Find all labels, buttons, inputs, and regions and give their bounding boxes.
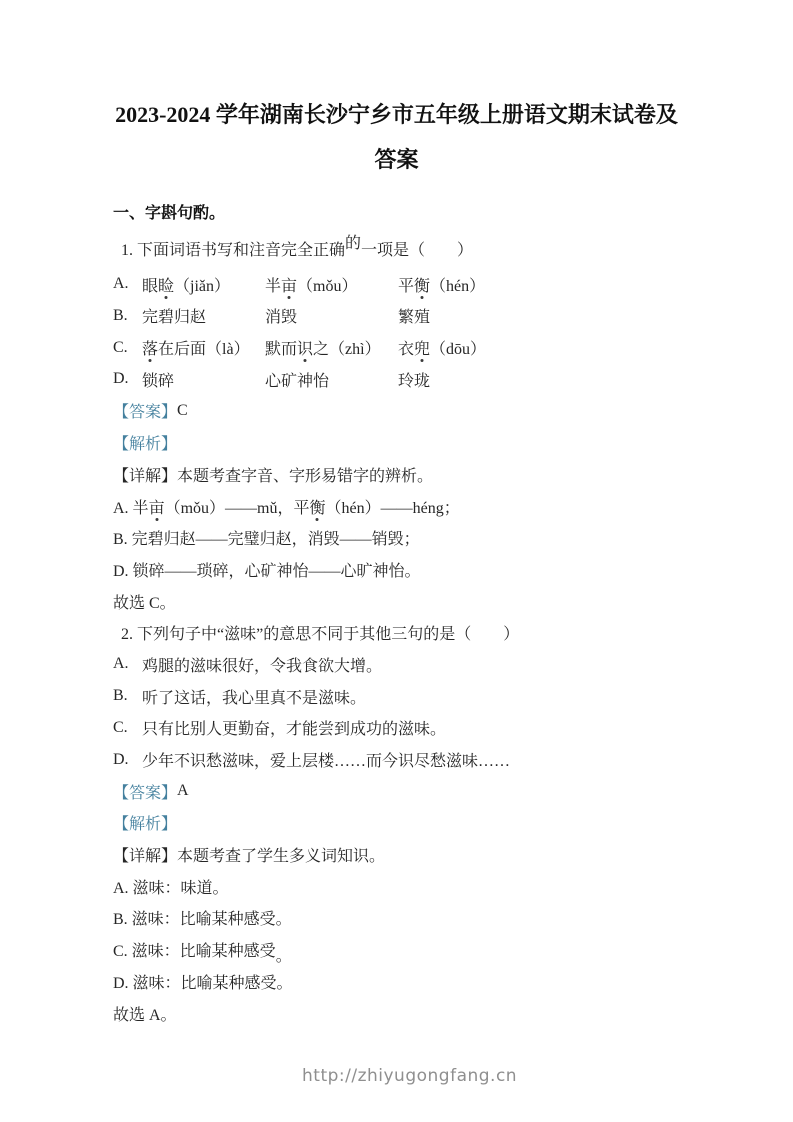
option-text: 少年不识愁滋味，爱上层楼……而今识尽愁滋味…… [142,748,510,771]
answer-value: A [177,782,189,800]
explanation-2-line-b: B. 滋味：比喻某种感受。 [113,902,680,934]
answer-1-line: 【答案】 C [113,395,680,427]
option-text: 衣兜（dōu） [398,336,486,359]
option-label: A. [113,275,142,293]
explanation-2-intro: 【详解】本题考查了学生多义词知识。 [113,839,680,871]
option-text: 眼睑（jiǎn） [142,273,265,296]
page-title-line-1: 2023-2024 学年湖南长沙宁乡市五年级上册语文期末试卷及 [100,92,693,137]
explanation-1-intro: 【详解】本题考查字音、字形易错字的辨析。 [113,459,680,491]
option-text: 落在后面（là） [142,336,265,359]
option-text: 锁碎 [142,368,265,391]
question-1-stem: 1. 下面词语书写和注音完全正确的一项是（ ） [113,233,680,265]
option-text: 听了这话，我心里真不是滋味。 [142,685,366,708]
q1-option-b: B. 完碧归赵 消毁 繁殖 [113,300,680,332]
option-text: 心矿神怡 [265,368,398,391]
explanation-2-line-d: D. 滋味：比喻某种感受。 [113,966,680,998]
q2-option-b: B. 听了这话，我心里真不是滋味。 [113,680,680,712]
analysis-1-line: 【解析】 [113,427,680,459]
option-text: 只有比别人更勤奋，才能尝到成功的滋味。 [142,716,446,739]
page-title: 2023-2024 学年湖南长沙宁乡市五年级上册语文期末试卷及 答案 [100,92,693,182]
analysis-2-line: 【解析】 [113,807,680,839]
option-text: 消毁 [265,304,398,327]
option-text: 完碧归赵 [142,304,265,327]
explanation-2-line-c: C. 滋味：比喻某种感受。 [113,934,680,966]
page-title-line-2: 答案 [100,137,693,182]
explanation-1-line-d: D. 锁碎——琐碎，心矿神怡——心旷神怡。 [113,554,680,586]
q2-option-c: C. 只有比别人更勤奋，才能尝到成功的滋味。 [113,712,680,744]
answer-label: 【答案】 [113,399,177,422]
q1-option-d: D. 锁碎 心矿神怡 玲珑 [113,363,680,395]
option-label: B. [113,687,142,705]
answer-label: 【答案】 [113,780,177,803]
option-label: C. [113,719,142,737]
option-text: 鸡腿的滋味很好，令我食欲大增。 [142,653,382,676]
q2-option-a: A. 鸡腿的滋味很好，令我食欲大增。 [113,649,680,681]
option-label: A. [113,655,142,673]
q1-option-a: A. 眼睑（jiǎn） 半亩（mǒu） 平衡（hén） [113,268,680,300]
option-label: C. [113,339,142,357]
option-text: 平衡（hén） [398,273,485,296]
section-heading: 一、字斟句酌。 [113,196,680,228]
conclusion-2: 故选 A。 [113,997,680,1029]
explanation-1-line-a: A. 半亩（mǒu）——mǔ，平衡（hén）——héng； [113,490,680,522]
explanation-2-line-a: A. 滋味：味道。 [113,870,680,902]
watermark-url: http://zhiyugongfang.cn [302,1066,517,1086]
option-label: D. [113,751,142,769]
option-text: 半亩（mǒu） [265,273,398,296]
q1-option-c: C. 落在后面（là） 默而识之（zhì） 衣兜（dōu） [113,332,680,364]
option-label: B. [113,307,142,325]
explanation-1-line-b: B. 完碧归赵——完璧归赵，消毁——销毁； [113,522,680,554]
document-body: 一、字斟句酌。 1. 下面词语书写和注音完全正确的一项是（ ） A. 眼睑（ji… [113,196,680,1029]
answer-value: C [177,402,188,420]
exam-document-page: 2023-2024 学年湖南长沙宁乡市五年级上册语文期末试卷及 答案 一、字斟句… [0,0,793,1122]
option-text: 默而识之（zhì） [265,336,398,359]
analysis-label: 【解析】 [113,811,177,834]
option-text: 繁殖 [398,304,430,327]
q2-option-d: D. 少年不识愁滋味，爱上层楼……而今识尽愁滋味…… [113,744,680,776]
analysis-label: 【解析】 [113,431,177,454]
option-text: 玲珑 [398,368,430,391]
option-label: D. [113,370,142,388]
question-2-stem: 2. 下列句子中“滋味”的意思不同于其他三句的是（ ） [113,617,680,649]
conclusion-1: 故选 C。 [113,585,680,617]
answer-2-line: 【答案】 A [113,775,680,807]
